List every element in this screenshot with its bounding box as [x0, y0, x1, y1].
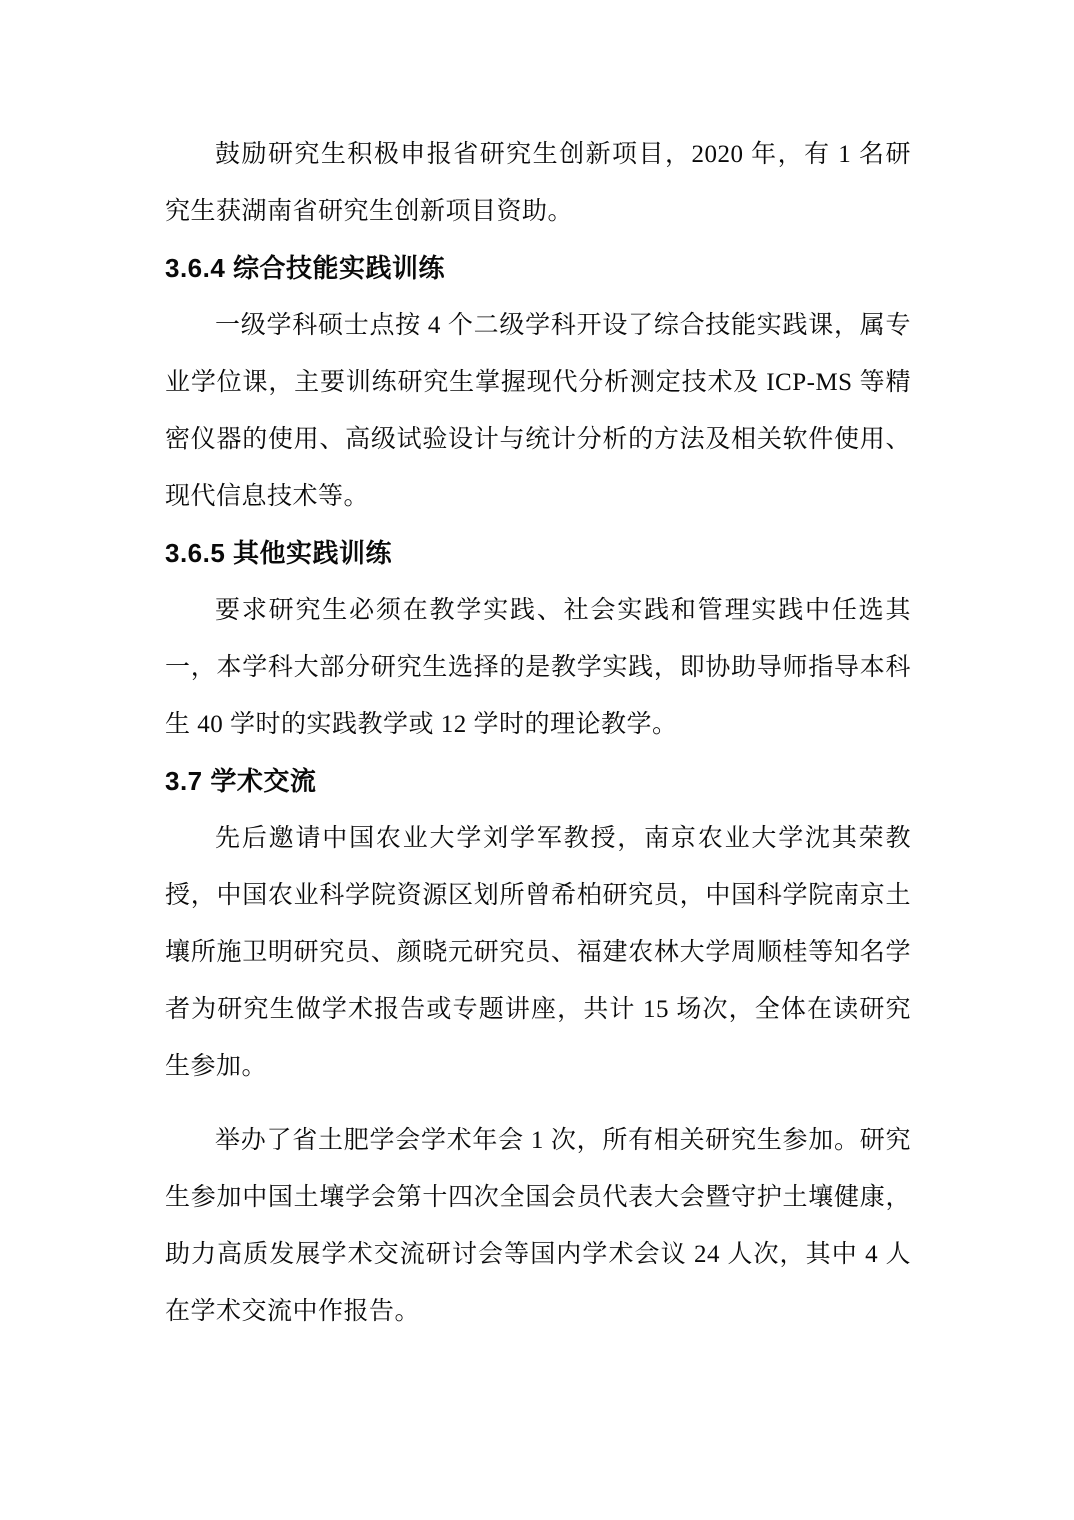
paragraph-provincial-innovation-funding: 鼓励研究生积极申报省研究生创新项目，2020 年，有 1 名研究生获湖南省研究生… — [165, 126, 911, 240]
paragraph-other-practice-requirements: 要求研究生必须在教学实践、社会实践和管理实践中任选其一，本学科大部分研究生选择的… — [165, 582, 911, 753]
heading-3-6-4-comprehensive-skills-training: 3.6.4 综合技能实践训练 — [165, 240, 911, 297]
heading-3-7-academic-exchange: 3.7 学术交流 — [165, 753, 911, 810]
document-page: 鼓励研究生积极申报省研究生创新项目，2020 年，有 1 名研究生获湖南省研究生… — [0, 0, 1074, 1520]
heading-3-6-5-other-practice-training: 3.6.5 其他实践训练 — [165, 525, 911, 582]
paragraph-comprehensive-skills-course: 一级学科硕士点按 4 个二级学科开设了综合技能实践课，属专业学位课，主要训练研究… — [165, 297, 911, 525]
paragraph-invited-scholars-lectures: 先后邀请中国农业大学刘学军教授，南京农业大学沈其荣教授，中国农业科学院资源区划所… — [165, 810, 911, 1095]
paragraph-academic-conferences-participation: 举办了省土肥学会学术年会 1 次，所有相关研究生参加。研究生参加中国土壤学会第十… — [165, 1112, 911, 1340]
